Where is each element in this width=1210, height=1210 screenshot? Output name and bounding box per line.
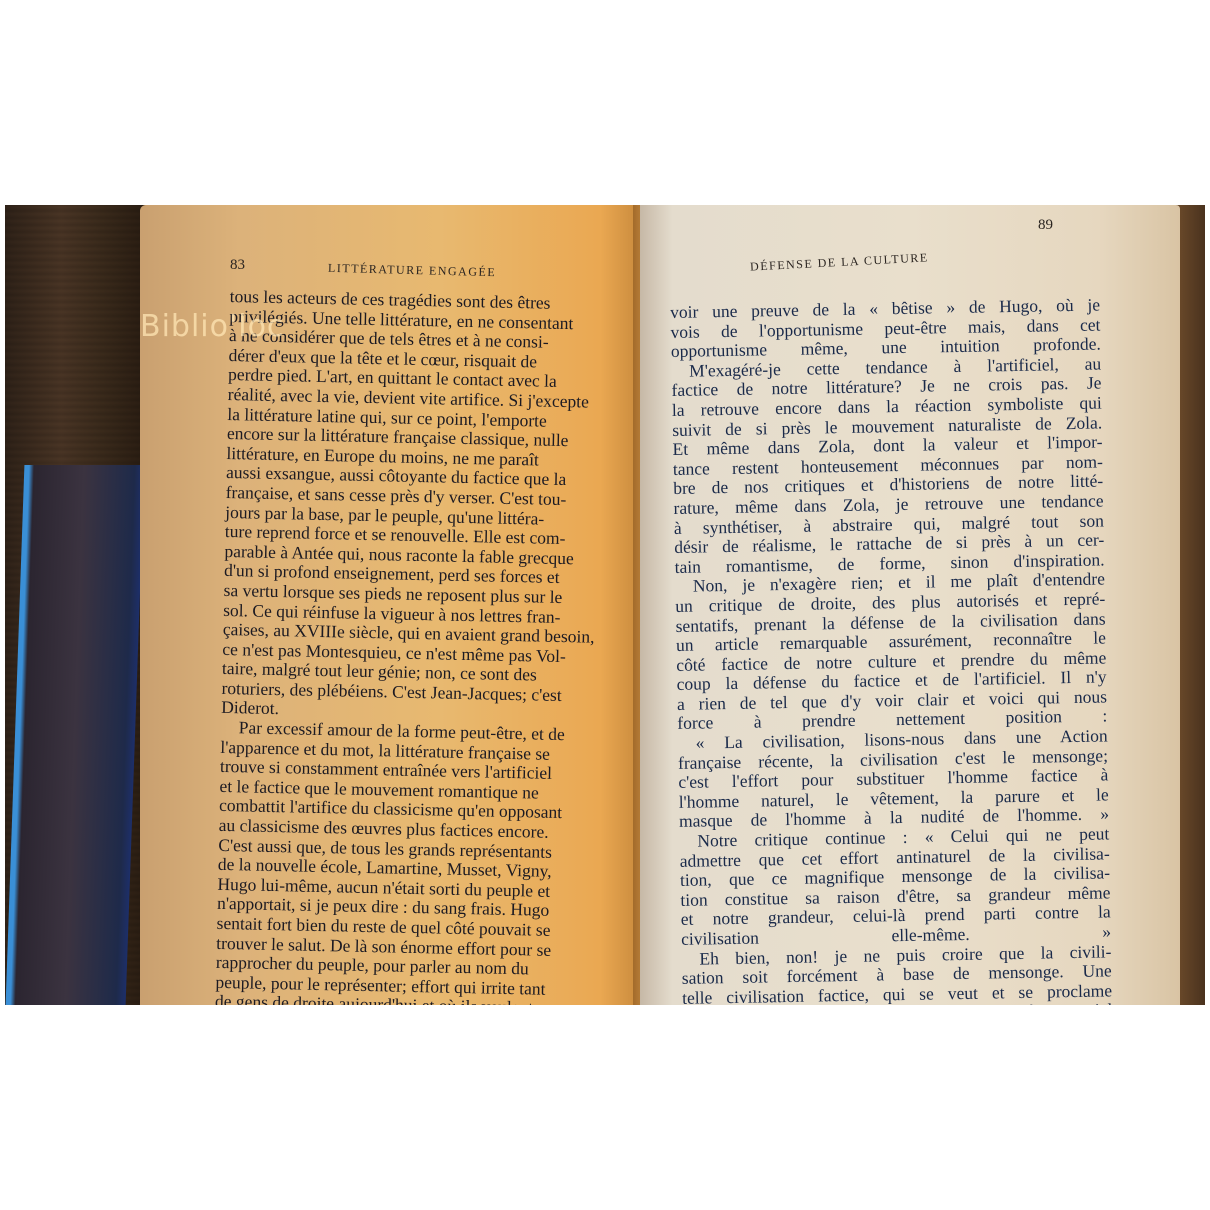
book-cover-edge — [6, 465, 145, 1005]
wooden-table-right — [1177, 205, 1205, 1005]
watermark-logo: Biblio'loc — [140, 309, 284, 344]
running-head: Littérature engagée — [328, 261, 496, 280]
body-text: tous les acteurs de ces tragédies sont d… — [215, 287, 630, 1005]
page-number: 89 — [1038, 217, 1053, 234]
running-head: Défense de la culture — [750, 250, 929, 274]
page-number: 83 — [230, 257, 245, 274]
right-page: 89 Défense de la culture voir une preuve… — [640, 205, 1180, 1005]
book-photo: 83 Littérature engagée tous les acteurs … — [5, 205, 1205, 1005]
body-text: voir une preuve de la « bêtise » de Hugo… — [670, 295, 1113, 1005]
